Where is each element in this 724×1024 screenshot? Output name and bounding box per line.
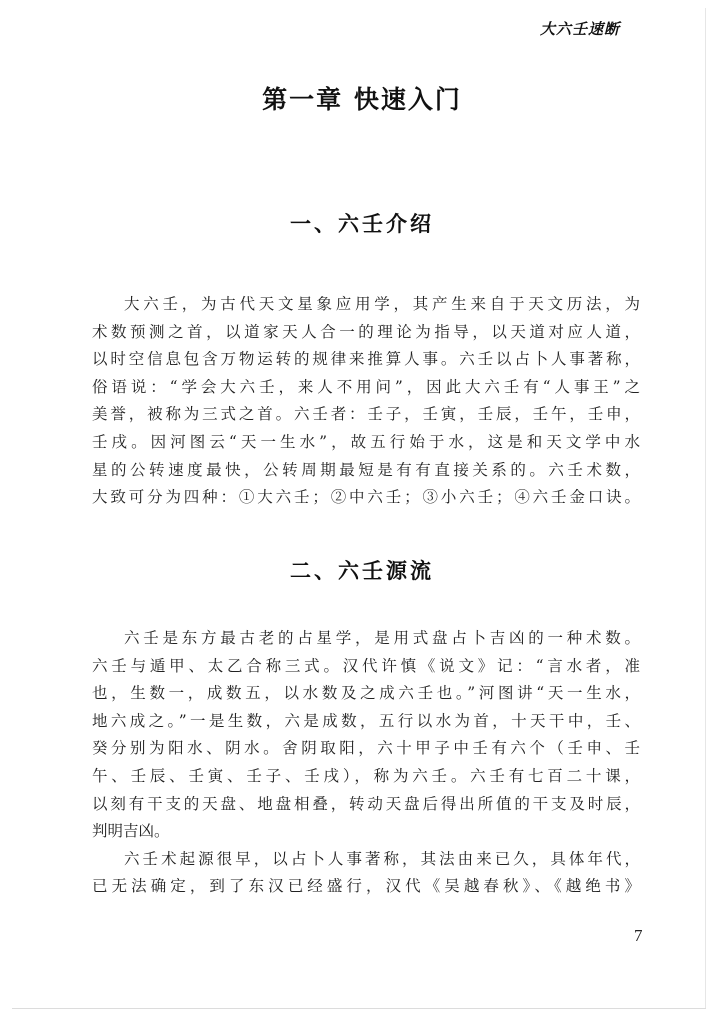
text-line: 六壬与遁甲、太乙合称三式。汉代许慎《说文》记：“言水者，准 [92,653,640,681]
text-line: 地六成之。”一是生数，六是成数，五行以水为首，十天干中，壬、 [92,708,640,736]
text-line: 六壬是东方最古老的占星学，是用式盘占卜吉凶的一种术数。 [92,625,640,653]
text-line: 已无法确定，到了东汉已经盛行，汉代《吴越春秋》、《越绝书》 [92,873,640,901]
text-line: 癸分别为阳水、阴水。舍阴取阳，六十甲子中壬有六个（壬申、壬 [92,735,640,763]
section-introduction-body: 大六壬，为古代天文星象应用学，其产生来自于天文历法，为 术数预测之首，以道家天人… [92,291,640,512]
section-title-introduction: 一、六壬介绍 [0,208,724,238]
chapter-title: 第一章 快速入门 [0,80,724,116]
text-line: 术数预测之首，以道家天人合一的理论为指导，以天道对应人道， [92,319,640,347]
section-title-origins: 二、六壬源流 [0,555,724,585]
text-line: 以刻有干支的天盘、地盘相叠，转动天盘后得出所值的干支及时辰， [92,791,640,819]
page-edge-right [705,8,706,1008]
text-line: 以时空信息包含万物运转的规律来推算人事。六壬以占卜人事著称， [92,346,640,374]
text-line: 午、壬辰、壬寅、壬子、壬戌），称为六壬。六壬有七百二十课， [92,763,640,791]
page-edge-bottom [12,1008,706,1009]
text-line: 六壬术起源很早，以占卜人事著称，其法由来已久，具体年代， [92,846,640,874]
text-line: 美誉，被称为三式之首。六壬者：壬子，壬寅，壬辰，壬午，壬申， [92,401,640,429]
text-line: 壬戌。因河图云“天一生水”，故五行始于水，这是和天文学中水 [92,429,640,457]
section-origins-body: 六壬是东方最古老的占星学，是用式盘占卜吉凶的一种术数。 六壬与遁甲、太乙合称三式… [92,625,640,901]
running-header: 大六壬速断 [540,18,620,39]
text-line: 俗语说：“学会大六壬，来人不用问”，因此大六壬有“人事王”之 [92,374,640,402]
text-line: 星的公转速度最快，公转周期最短是有有直接关系的。六壬术数， [92,457,640,485]
page-number: 7 [634,926,643,946]
text-line: 也，生数一，成数五，以水数及之成六壬也。”河图讲“天一生水， [92,680,640,708]
text-line: 判明吉凶。 [92,818,640,846]
text-line: 大致可分为四种：①大六壬；②中六壬；③小六壬；④六壬金口诀。 [92,484,640,512]
text-line: 大六壬，为古代天文星象应用学，其产生来自于天文历法，为 [92,291,640,319]
